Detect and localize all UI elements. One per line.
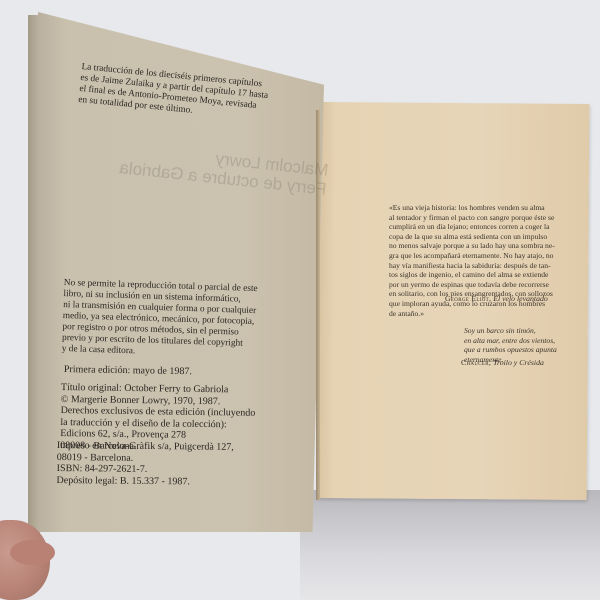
text-line: hay vía manifiesta hacia la sabiduría: d…: [389, 261, 555, 271]
text-line: copa de la que su alma está sedienta con…: [389, 232, 555, 242]
table-shadow: [300, 490, 600, 600]
author-name: Chaucer,: [461, 358, 491, 367]
text-line: en alta mar, entre dos vientos,: [464, 336, 557, 346]
text-line: de antaño.»: [389, 309, 555, 319]
text-line: tos siglos de ingenio, el camino del alm…: [389, 270, 555, 280]
text-line: que a rumbos opuestos apunta: [464, 345, 557, 355]
hand-finger: [10, 540, 55, 565]
text-line: gra que les acompañará eternamente. No h…: [389, 251, 555, 261]
text-line: por un yermo de espinas que todavía debe…: [389, 280, 555, 290]
text-line: cumplirá en un día lejano; entonces corr…: [389, 222, 555, 232]
work-title: Troilo y Crésida: [493, 358, 544, 367]
text-line: al tentador y firman el pacto con sangre…: [389, 213, 555, 223]
printer-info: Impreso en Nova-Gràfik s/a, Puigcerdà 12…: [57, 440, 234, 488]
rights-notice: No se permite la reproducción total o pa…: [62, 278, 258, 361]
attribution-eliot: George Eliot, El velo levantado: [445, 294, 548, 304]
text-line: no menos salvaje porque a su lado hay un…: [389, 241, 555, 251]
text-line: Soy un barco sin timón,: [464, 326, 557, 336]
author-name: George Eliot,: [445, 294, 491, 303]
text-line: «Es una vieja historia: los hombres vend…: [389, 203, 555, 213]
legal-deposit: Depósito legal: B. 15.337 - 1987.: [57, 474, 234, 487]
work-title: El velo levantado: [493, 294, 548, 303]
attribution-chaucer: Chaucer, Troilo y Crésida: [461, 358, 544, 368]
first-edition: Primera edición: mayo de 1987.: [64, 364, 192, 377]
